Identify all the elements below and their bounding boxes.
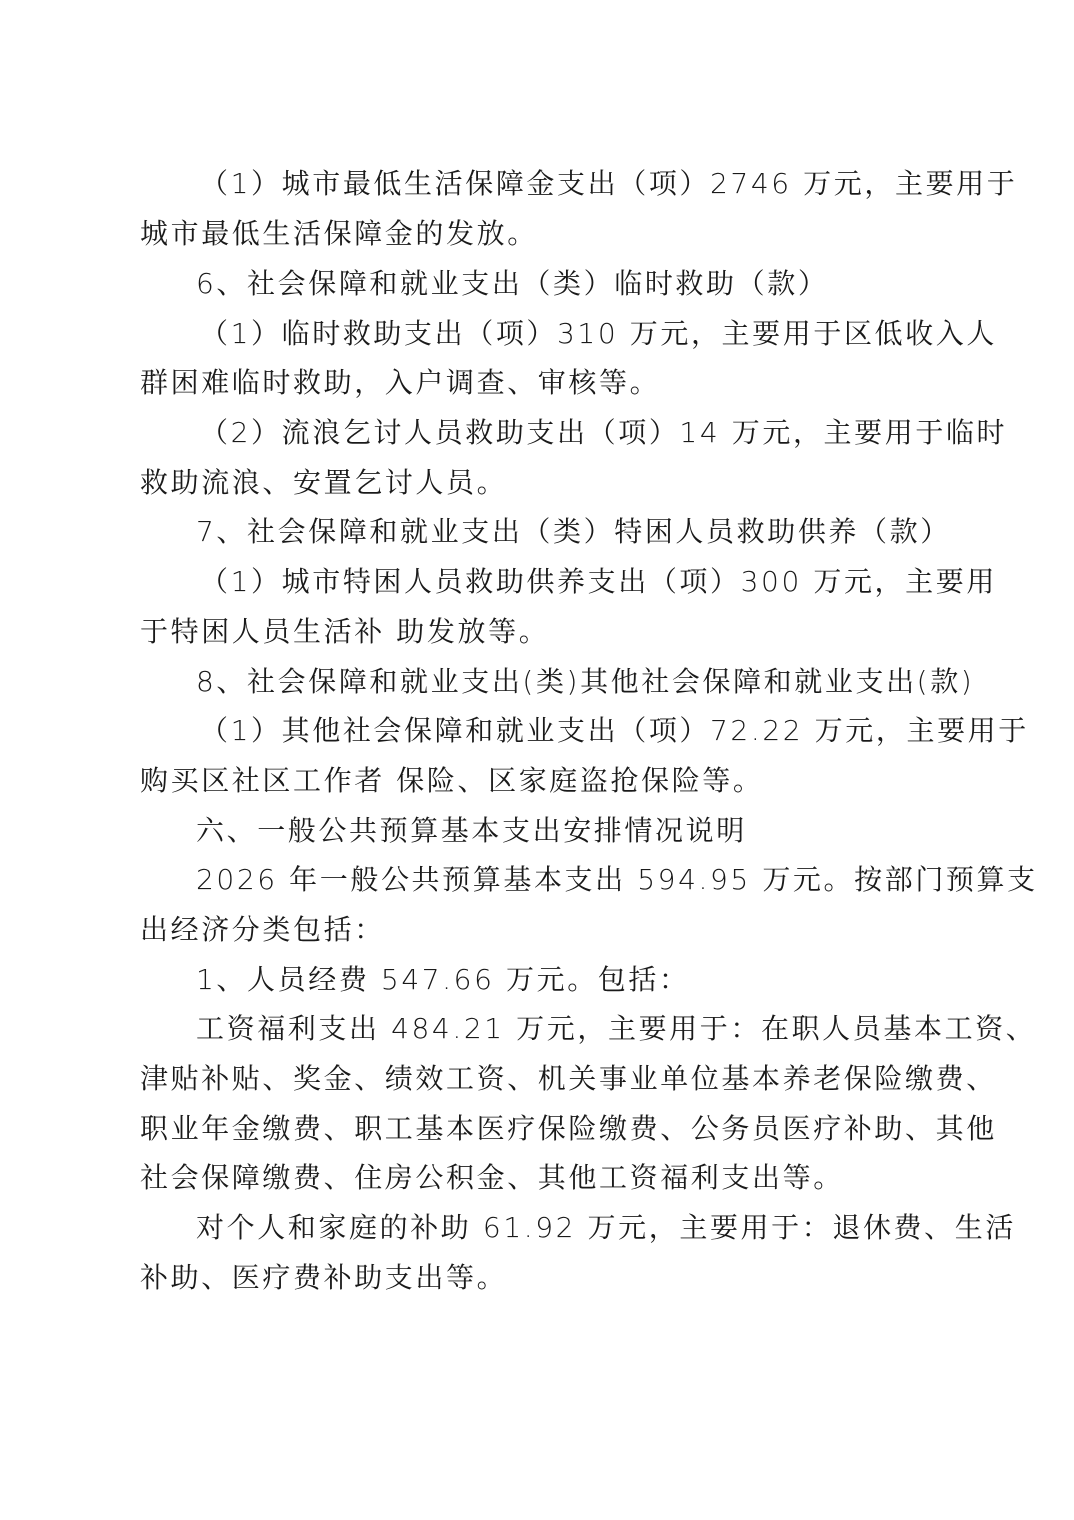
text-line: 社会保障缴费、住房公积金、其他工资福利支出等。 bbox=[140, 1158, 940, 1198]
text-line: （2）流浪乞讨人员救助支出（项）14 万元，主要用于临时 bbox=[200, 413, 940, 453]
text-line: （1）城市最低生活保障金支出（项）2746 万元，主要用于 bbox=[200, 164, 940, 204]
text-line: （1）城市特困人员救助供养支出（项）300 万元，主要用 bbox=[200, 562, 940, 602]
text-line: （1）临时救助支出（项）310 万元，主要用于区低收入人 bbox=[200, 314, 940, 354]
text-line: 于特困人员生活补 助发放等。 bbox=[140, 612, 940, 652]
text-line: 出经济分类包括： bbox=[140, 910, 940, 950]
text-line: 工资福利支出 484.21 万元，主要用于：在职人员基本工资、 bbox=[196, 1009, 940, 1049]
text-line: 津贴补贴、奖金、绩效工资、机关事业单位基本养老保险缴费、 bbox=[140, 1059, 940, 1099]
document-page: （1）城市最低生活保障金支出（项）2746 万元，主要用于 城市最低生活保障金的… bbox=[0, 0, 1074, 1520]
text-line: 城市最低生活保障金的发放。 bbox=[140, 214, 940, 254]
section-heading: 6、社会保障和就业支出（类）临时救助（款） bbox=[196, 264, 940, 304]
text-line: （1）其他社会保障和就业支出（项）72.22 万元，主要用于 bbox=[200, 711, 940, 751]
text-line: 救助流浪、安置乞讨人员。 bbox=[140, 463, 940, 503]
section-heading: 1、人员经费 547.66 万元。包括： bbox=[196, 960, 940, 1000]
text-line: 2026 年一般公共预算基本支出 594.95 万元。按部门预算支 bbox=[196, 860, 940, 900]
text-line: 对个人和家庭的补助 61.92 万元，主要用于：退休费、生活 bbox=[196, 1208, 940, 1248]
text-line: 购买区社区工作者 保险、区家庭盗抢保险等。 bbox=[140, 761, 940, 801]
text-line: 职业年金缴费、职工基本医疗保险缴费、公务员医疗补助、其他 bbox=[140, 1109, 940, 1149]
chapter-heading: 六、一般公共预算基本支出安排情况说明 bbox=[196, 811, 940, 851]
text-line: 补助、医疗费补助支出等。 bbox=[140, 1258, 940, 1298]
section-heading: 8、社会保障和就业支出(类)其他社会保障和就业支出(款) bbox=[196, 662, 940, 702]
text-line: 群困难临时救助，入户调查、审核等。 bbox=[140, 363, 940, 403]
section-heading: 7、社会保障和就业支出（类）特困人员救助供养（款） bbox=[196, 512, 940, 552]
